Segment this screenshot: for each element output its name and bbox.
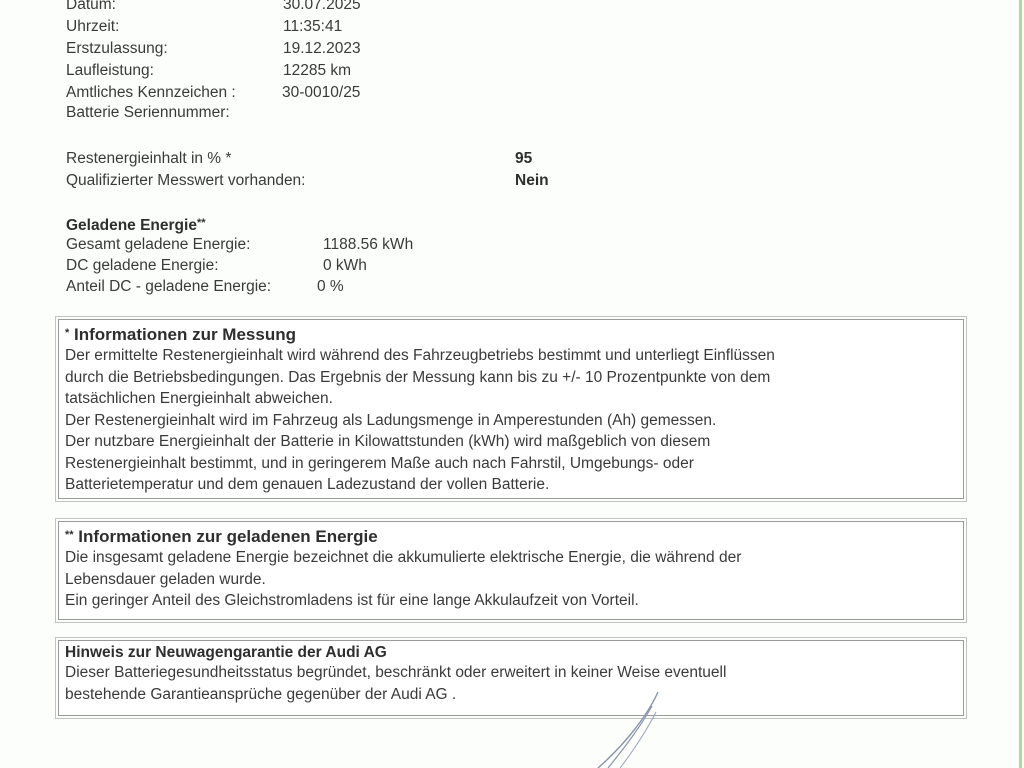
box-text-line: Ein geringer Anteil des Gleichstromladen… [65, 590, 957, 612]
info-box-warranty: Hinweis zur Neuwagengarantie der Audi AG… [58, 640, 964, 716]
box-title: * Informationen zur Messung [65, 323, 957, 345]
field-label: Batterie Seriennummer: [66, 104, 230, 122]
energy-label: Anteil DC - geladene Energie: [66, 278, 271, 296]
heading-text: Geladene Energie** [66, 214, 206, 235]
box-text-line: tatsächlichen Energieinhalt abweichen. [65, 388, 957, 410]
box-text-line: Restenergieinhalt bestimmt, und in gerin… [65, 453, 957, 475]
box-text-line: Dieser Batteriegesundheitsstatus begründ… [65, 662, 957, 684]
energy-value: 0 kWh [323, 257, 367, 275]
box-text-line: Lebensdauer geladen wurde. [65, 569, 957, 591]
field-label: Uhrzeit: [66, 18, 119, 36]
energy-value: 0 % [317, 278, 344, 296]
box-text-line: durch die Betriebsbedingungen. Das Ergeb… [65, 367, 957, 389]
field-label: Datum: [66, 0, 116, 14]
footnote-mark: ** [197, 217, 206, 229]
info-box-charged-energy: ** Informationen zur geladenen Energie D… [58, 521, 964, 620]
energy-label: DC geladene Energie: [66, 257, 219, 275]
field-label: Erstzulassung: [66, 40, 168, 58]
heading-label: Geladene Energie [66, 217, 197, 234]
field-value: 30-0010/25 [282, 84, 360, 102]
field-value: 11:35:41 [283, 18, 342, 36]
box-text-line: Die insgesamt geladene Energie bezeichne… [65, 547, 957, 569]
box-title: ** Informationen zur geladenen Energie [65, 525, 957, 547]
qualified-label: Qualifizierter Messwert vorhanden: [66, 172, 306, 190]
box-text-line: Der Restenergieinhalt wird im Fahrzeug a… [65, 410, 957, 432]
field-value: 12285 km [283, 62, 351, 80]
energy-label: Gesamt geladene Energie: [66, 236, 250, 254]
field-label: Laufleistung: [66, 62, 154, 80]
box-text-line: Der nutzbare Energieinhalt der Batterie … [65, 431, 957, 453]
box-title: Hinweis zur Neuwagengarantie der Audi AG [65, 644, 957, 662]
footnote-mark: ** [65, 529, 74, 541]
field-label: Amtliches Kennzeichen : [66, 84, 236, 102]
soh-label: Restenergieinhalt in % * [66, 150, 231, 168]
soh-value: 95 [515, 150, 532, 168]
energy-value: 1188.56 kWh [323, 236, 413, 254]
info-box-measurement: * Informationen zur Messung Der ermittel… [58, 319, 964, 499]
box-title-text: Informationen zur Messung [74, 325, 296, 344]
footnote-mark: * [65, 327, 69, 339]
field-value: 19.12.2023 [283, 40, 361, 58]
page-edge-line [1019, 0, 1022, 768]
box-text-line: Der ermittelte Restenergieinhalt wird wä… [65, 345, 957, 367]
box-text-line: Batterietemperatur und dem genauen Ladez… [65, 474, 957, 496]
box-title-text: Informationen zur geladenen Energie [78, 527, 377, 546]
field-value: 30.07.2025 [283, 0, 361, 14]
box-text-line: bestehende Garantieansprüche gegenüber d… [65, 684, 957, 706]
signature-mark [590, 690, 670, 768]
qualified-value: Nein [515, 172, 549, 190]
